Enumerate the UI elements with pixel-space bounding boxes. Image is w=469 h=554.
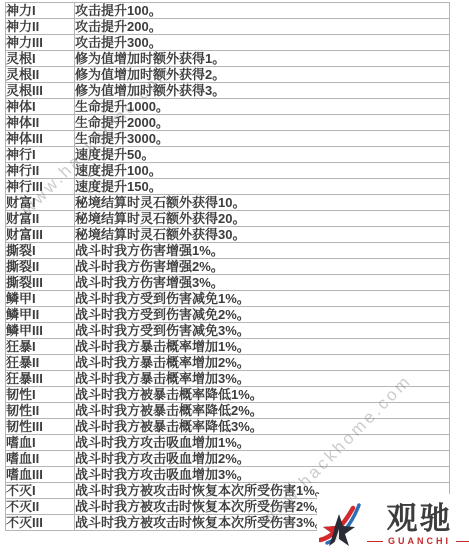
table-row: 狂暴II战斗时我方暴击概率增加2%。 xyxy=(6,355,450,371)
skill-name: 灵根I xyxy=(6,51,75,67)
skill-name: 神体I xyxy=(6,99,75,115)
skill-desc: 战斗时我方受到伤害减免3%。 xyxy=(75,323,450,339)
skill-name: 财富II xyxy=(6,211,75,227)
skill-desc: 修为值增加时额外获得3。 xyxy=(75,83,450,99)
table-row: 神力II攻击提升200。 xyxy=(6,19,450,35)
skill-desc: 秘境结算时灵石额外获得10。 xyxy=(75,195,450,211)
skill-desc: 战斗时我方暴击概率增加2%。 xyxy=(75,355,450,371)
skill-name: 撕裂II xyxy=(6,259,75,275)
table-row: 鳞甲III战斗时我方受到伤害减免3%。 xyxy=(6,323,450,339)
skill-name: 狂暴III xyxy=(6,371,75,387)
skill-name: 狂暴II xyxy=(6,355,75,371)
table-row: 嗜血II战斗时我方攻击吸血增加2%。 xyxy=(6,451,450,467)
table-row: 韧性II战斗时我方被暴击概率降低2%。 xyxy=(6,403,450,419)
skill-desc: 战斗时我方攻击吸血增加3%。 xyxy=(75,467,450,483)
skill-name: 神力III xyxy=(6,35,75,51)
skill-name: 撕裂III xyxy=(6,275,75,291)
skill-name: 不灭II xyxy=(6,499,75,515)
table-row: 财富III秘境结算时灵石额外获得30。 xyxy=(6,227,450,243)
star-swoosh-icon xyxy=(319,500,363,548)
subtitle-dash-right xyxy=(456,541,469,542)
table-row: 鳞甲I战斗时我方受到伤害减免1%。 xyxy=(6,291,450,307)
brand-subtitle-label: GUANCHI xyxy=(388,536,451,546)
skill-desc: 秘境结算时灵石额外获得30。 xyxy=(75,227,450,243)
skill-name: 狂暴I xyxy=(6,339,75,355)
skill-desc: 攻击提升100。 xyxy=(75,3,450,19)
skill-name: 神行I xyxy=(6,147,75,163)
skill-name: 神力II xyxy=(6,19,75,35)
table-row: 神力III攻击提升300。 xyxy=(6,35,450,51)
screenshot-root: 神力I攻击提升100。神力II攻击提升200。神力III攻击提升300。灵根I修… xyxy=(0,0,469,554)
skill-name: 不灭I xyxy=(6,483,75,499)
table-row: 狂暴III战斗时我方暴击概率增加3%。 xyxy=(6,371,450,387)
skill-desc: 战斗时我方被暴击概率降低1%。 xyxy=(75,387,450,403)
skill-desc: 速度提升150。 xyxy=(75,179,450,195)
table-row: 灵根I修为值增加时额外获得1。 xyxy=(6,51,450,67)
skill-name: 撕裂I xyxy=(6,243,75,259)
skill-name: 财富I xyxy=(6,195,75,211)
table-row: 撕裂III战斗时我方伤害增强3%。 xyxy=(6,275,450,291)
table-row: 嗜血III战斗时我方攻击吸血增加3%。 xyxy=(6,467,450,483)
skill-desc: 生命提升3000。 xyxy=(75,131,450,147)
skill-name: 韧性III xyxy=(6,419,75,435)
skill-name: 嗜血I xyxy=(6,435,75,451)
table-row: 韧性III战斗时我方被暴击概率降低3%。 xyxy=(6,419,450,435)
skill-table: 神力I攻击提升100。神力II攻击提升200。神力III攻击提升300。灵根I修… xyxy=(5,2,450,531)
skill-name: 鳞甲III xyxy=(6,323,75,339)
skill-desc: 修为值增加时额外获得2。 xyxy=(75,67,450,83)
skill-name: 神力I xyxy=(6,3,75,19)
table-row: 财富II秘境结算时灵石额外获得20。 xyxy=(6,211,450,227)
skill-name: 嗜血III xyxy=(6,467,75,483)
skill-desc: 战斗时我方伤害增强1%。 xyxy=(75,243,450,259)
skill-desc: 攻击提升300。 xyxy=(75,35,450,51)
skill-desc: 战斗时我方攻击吸血增加2%。 xyxy=(75,451,450,467)
table-row: 神体II生命提升2000。 xyxy=(6,115,450,131)
table-row: 神行I速度提升50。 xyxy=(6,147,450,163)
skill-desc: 战斗时我方被暴击概率降低3%。 xyxy=(75,419,450,435)
table-row: 嗜血I战斗时我方攻击吸血增加1%。 xyxy=(6,435,450,451)
skill-name: 神行III xyxy=(6,179,75,195)
skill-desc: 速度提升100。 xyxy=(75,163,450,179)
skill-name: 韧性I xyxy=(6,387,75,403)
table-row: 撕裂II战斗时我方伤害增强2%。 xyxy=(6,259,450,275)
table-row: 神行III速度提升150。 xyxy=(6,179,450,195)
brand-name: 观驰 xyxy=(387,502,453,536)
skill-desc: 生命提升1000。 xyxy=(75,99,450,115)
table-row: 财富I秘境结算时灵石额外获得10。 xyxy=(6,195,450,211)
skill-name: 鳞甲I xyxy=(6,291,75,307)
table-row: 神行II速度提升100。 xyxy=(6,163,450,179)
skill-desc: 攻击提升200。 xyxy=(75,19,450,35)
brand-subtitle: GUANCHI xyxy=(367,536,469,546)
skill-name: 神体III xyxy=(6,131,75,147)
subtitle-dash-left xyxy=(367,541,383,542)
skill-desc: 战斗时我方受到伤害减免2%。 xyxy=(75,307,450,323)
table-row: 鳞甲II战斗时我方受到伤害减免2%。 xyxy=(6,307,450,323)
skill-name: 鳞甲II xyxy=(6,307,75,323)
table-row: 神体I生命提升1000。 xyxy=(6,99,450,115)
skill-name: 韧性II xyxy=(6,403,75,419)
skill-desc: 生命提升2000。 xyxy=(75,115,450,131)
table-row: 韧性I战斗时我方被暴击概率降低1%。 xyxy=(6,387,450,403)
table-row: 神体III生命提升3000。 xyxy=(6,131,450,147)
skill-desc: 战斗时我方暴击概率增加1%。 xyxy=(75,339,450,355)
skill-desc: 战斗时我方攻击吸血增加1%。 xyxy=(75,435,450,451)
skill-name: 财富III xyxy=(6,227,75,243)
skill-name: 灵根II xyxy=(6,67,75,83)
skill-name: 不灭III xyxy=(6,515,75,531)
skill-name: 嗜血II xyxy=(6,451,75,467)
skill-desc: 战斗时我方伤害增强3%。 xyxy=(75,275,450,291)
brand-logo: 观驰 GUANCHI xyxy=(317,494,469,554)
skill-desc: 修为值增加时额外获得1。 xyxy=(75,51,450,67)
skill-name: 神体II xyxy=(6,115,75,131)
skill-name: 灵根III xyxy=(6,83,75,99)
table-row: 灵根II修为值增加时额外获得2。 xyxy=(6,67,450,83)
skill-desc: 战斗时我方暴击概率增加3%。 xyxy=(75,371,450,387)
skill-desc: 战斗时我方受到伤害减免1%。 xyxy=(75,291,450,307)
brand-text-block: 观驰 GUANCHI xyxy=(367,502,469,546)
skill-name: 神行II xyxy=(6,163,75,179)
skill-desc: 战斗时我方伤害增强2%。 xyxy=(75,259,450,275)
table-row: 狂暴I战斗时我方暴击概率增加1%。 xyxy=(6,339,450,355)
skill-desc: 战斗时我方被暴击概率降低2%。 xyxy=(75,403,450,419)
skill-desc: 秘境结算时灵石额外获得20。 xyxy=(75,211,450,227)
table-row: 撕裂I战斗时我方伤害增强1%。 xyxy=(6,243,450,259)
skill-desc: 速度提升50。 xyxy=(75,147,450,163)
skill-table-body: 神力I攻击提升100。神力II攻击提升200。神力III攻击提升300。灵根I修… xyxy=(6,3,450,531)
table-row: 灵根III修为值增加时额外获得3。 xyxy=(6,83,450,99)
table-row: 神力I攻击提升100。 xyxy=(6,3,450,19)
